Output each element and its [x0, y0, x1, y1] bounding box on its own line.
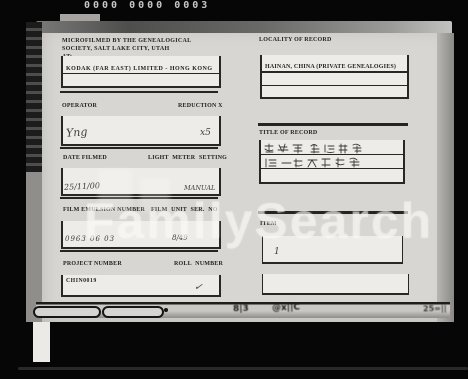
paper-left-edge [26, 172, 42, 322]
divider [60, 147, 218, 149]
reduction-handwriting: x5 [200, 128, 211, 138]
header-line1: MICROFILMED BY THE GENEALOGICAL [62, 37, 242, 45]
divider [258, 123, 408, 126]
film-edge-mark: 8|3 [233, 304, 249, 315]
item-box-2 [262, 274, 409, 295]
item-label: ITEM [260, 221, 277, 227]
watermark-logo-fragment [140, 178, 170, 212]
operator-handwriting: Yng [66, 125, 88, 139]
paper-right-edge-shadow [437, 33, 454, 322]
film-edge-mark: @x||C [272, 303, 300, 314]
header-line2: SOCIETY, SALT LAKE CITY, UTAH [62, 45, 242, 53]
title-of-record-label: TITLE OF RECORD [259, 130, 317, 136]
film-notch [33, 322, 50, 362]
light-meter-handwriting: MANUAL [184, 184, 215, 192]
locality-blank-row [262, 73, 407, 86]
date-filmed-label: DATE FILMED [63, 155, 107, 161]
locality-label: LOCALITY OF RECORD [259, 37, 332, 43]
film-edge-pill [102, 306, 164, 318]
item-box [262, 236, 403, 264]
film-unit-handwriting: 8/49 [172, 234, 188, 242]
film-edge-pill [33, 306, 101, 318]
light-meter-label: LIGHT METER SETTING [148, 155, 227, 161]
title-handwriting-line2 [264, 157, 368, 169]
project-number-label: PROJECT NUMBER [63, 261, 122, 267]
divider [60, 91, 218, 93]
film-frame-number: 0000 0000 0003 [84, 0, 210, 11]
facility-box: KODAK (FAR EAST) LIMITED - HONG KONG [61, 56, 221, 88]
title-handwriting-line1 [263, 143, 375, 155]
reduction-label: REDUCTION X [178, 103, 223, 109]
paper-top-edge-shadow [36, 21, 452, 33]
facility-name: KODAK (FAR EAST) LIMITED - HONG KONG [66, 66, 213, 72]
date-filmed-handwriting: 25/11/00 [64, 181, 100, 192]
film-edge-mark: 25=|| [423, 304, 447, 314]
project-number-value: CHIN0019 [66, 278, 97, 284]
operator-label: OPERATOR [62, 103, 97, 109]
item-handwriting: 1 [274, 247, 280, 257]
locality-value: HAINAN, CHINA (PRIVATE GENEALOGIES) [265, 64, 396, 70]
watermark-logo-fragment [98, 169, 132, 211]
divider [258, 211, 408, 214]
film-emulsion-handwriting: 0963 06 03 [65, 235, 115, 243]
locality-box: HAINAN, CHINA (PRIVATE GENEALOGIES) [260, 55, 409, 99]
divider [60, 197, 218, 199]
microfilm-scan: 0000 0000 0003 MICROFILMED BY THE GENEAL… [0, 0, 468, 379]
film-bottom-line [18, 367, 468, 370]
roll-number-checkmark: ✓ [193, 281, 203, 293]
film-edge-dot [164, 308, 168, 312]
roll-number-label: ROLL NUMBER [174, 261, 223, 267]
divider [60, 250, 218, 252]
film-sprocket-strip [26, 22, 42, 172]
